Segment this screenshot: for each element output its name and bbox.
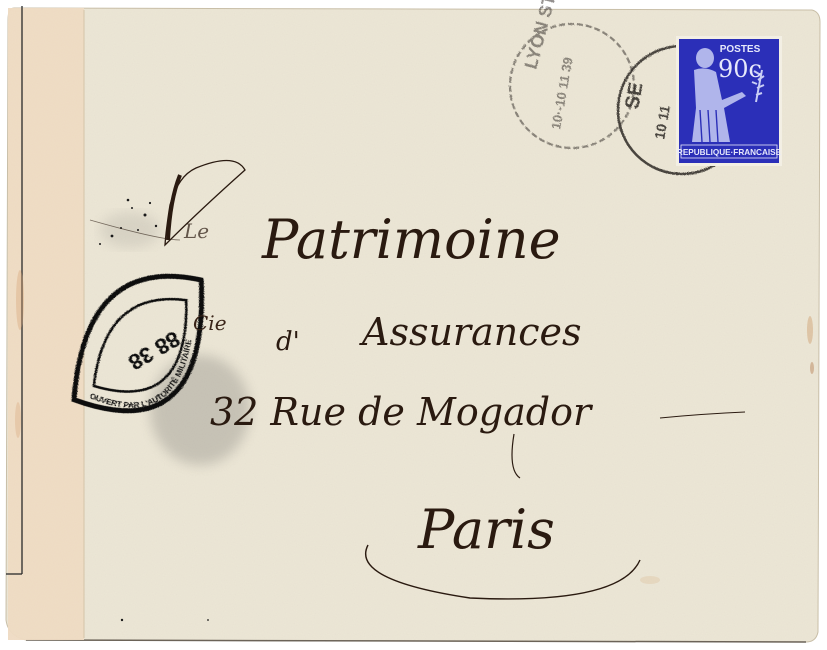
stamp-label-bottom: REPUBLIQUE·FRANCAISE (677, 148, 782, 157)
address-line-4: Paris (417, 498, 555, 561)
address-company-prefix: Cie (193, 311, 227, 335)
address-line-1: Patrimoine (261, 208, 561, 271)
address-line-3: 32 Rue de Mogador (210, 390, 594, 434)
envelope-illustration: LYON ST 10·-10 11 39 SE 10 11 POSTES 90c… (0, 0, 827, 650)
address-salutation: Le (183, 219, 209, 243)
stamp-label-top: POSTES (720, 44, 761, 55)
postmark-right-text: SE (621, 81, 647, 111)
stamp-denomination: 90c (718, 55, 762, 83)
postage-stamp: POSTES 90c REPUBLIQUE·FRANCAISE (676, 36, 782, 166)
address-company-mid: d' (276, 327, 300, 357)
envelope-scan: LYON ST 10·-10 11 39 SE 10 11 POSTES 90c… (0, 0, 827, 650)
address-line-2: Assurances (359, 310, 581, 354)
